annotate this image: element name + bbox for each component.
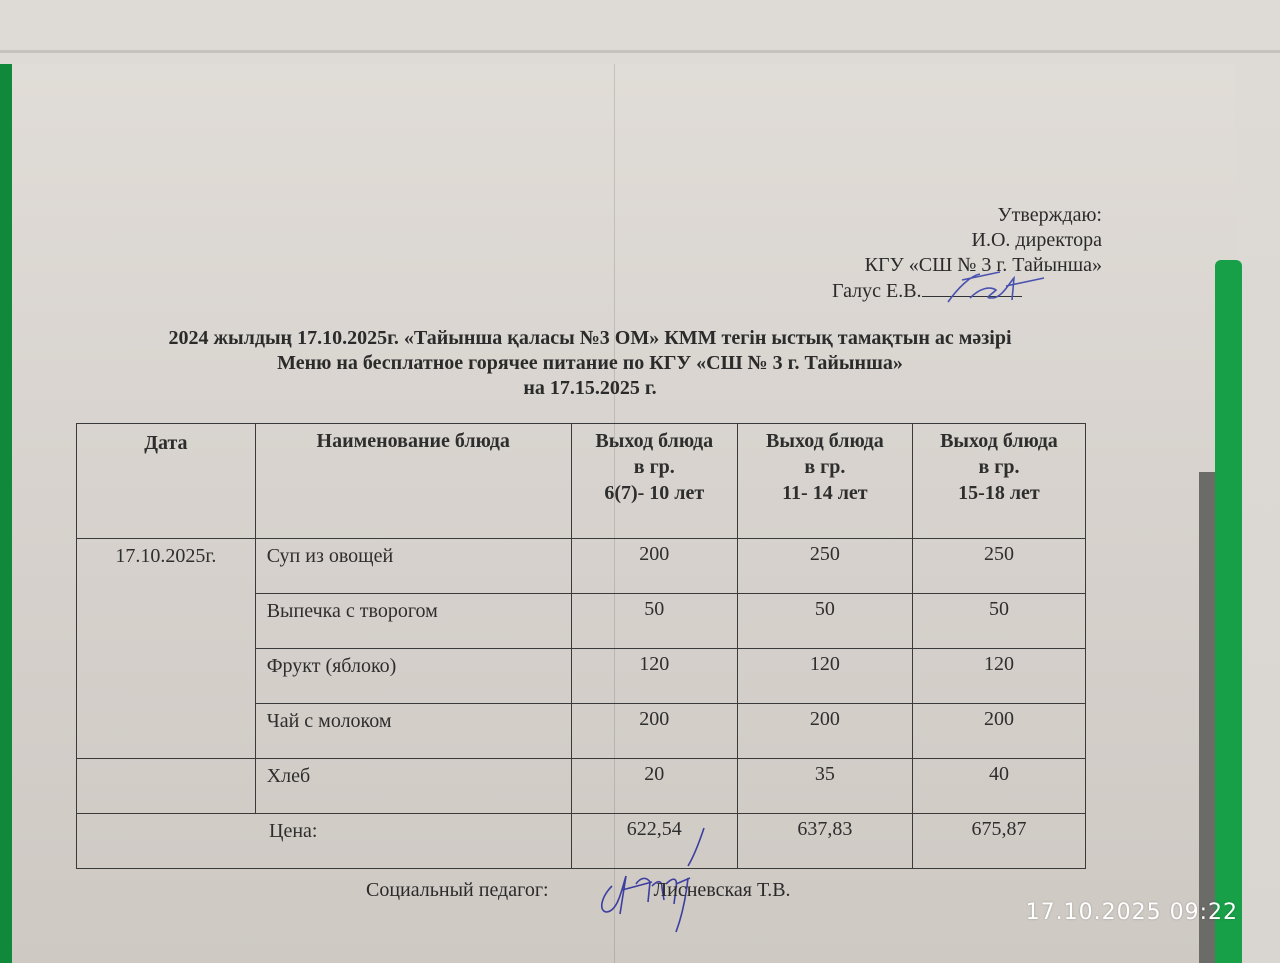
pedagogue-name: Лисневская Т.В. [654,879,791,901]
menu-table: Дата Наименование блюда Выход блюда в гр… [76,423,1086,869]
green-frame-right [1215,260,1242,963]
title-date: на 17.15.2025 г. [80,376,1100,401]
empty-date-cell [77,759,256,814]
table-row: 17.10.2025г. Суп из овощей 200 250 250 [77,539,1086,594]
dish-name: Выпечка с творогом [255,594,571,649]
portion-group-1: 20 [571,759,737,814]
pedagogue-role: Социальный педагог: [366,879,549,901]
portion-group-3: 250 [912,539,1085,594]
portion-group-3: 120 [912,649,1085,704]
portion-group-3: 40 [912,759,1085,814]
portion-group-1: 200 [571,539,737,594]
table-row: Хлеб 20 35 40 [77,759,1086,814]
header-group-2: Выход блюда в гр. 11- 14 лет [737,424,912,539]
header-group-1: Выход блюда в гр. 6(7)- 10 лет [571,424,737,539]
table-header-row: Дата Наименование блюда Выход блюда в гр… [77,424,1086,539]
price-group-3: 675,87 [912,814,1085,869]
director-signature-icon [940,268,1050,308]
wall-ledge [0,50,1280,53]
signature-footer: Социальный педагог: Лисневская Т.В. [366,876,791,902]
director-name: Галус Е.В. [832,280,922,302]
dish-name: Фрукт (яблоко) [255,649,571,704]
header-group-3: Выход блюда в гр. 15-18 лет [912,424,1085,539]
dish-name: Чай с молоком [255,704,571,759]
header-dish: Наименование блюда [255,424,571,539]
portion-group-3: 50 [912,594,1085,649]
portion-group-1: 200 [571,704,737,759]
portion-group-2: 250 [737,539,912,594]
green-frame-left [0,64,12,963]
menu-titles: 2024 жылдың 17.10.2025г. «Тайынша қаласы… [80,326,1100,401]
dish-name: Хлеб [255,759,571,814]
approval-line-2: И.О. директора [832,228,1102,253]
header-date: Дата [77,424,256,539]
menu-date: 17.10.2025г. [77,539,256,759]
portion-group-1: 120 [571,649,737,704]
portion-group-2: 200 [737,704,912,759]
dish-name: Суп из овощей [255,539,571,594]
portion-group-2: 35 [737,759,912,814]
title-russian: Меню на бесплатное горячее питание по КГ… [80,351,1100,376]
portion-group-2: 120 [737,649,912,704]
photo-timestamp: 17.10.2025 09:22 [1026,900,1238,925]
price-group-2: 637,83 [737,814,912,869]
portion-group-3: 200 [912,704,1085,759]
price-row: Цена: 622,54 637,83 675,87 [77,814,1086,869]
title-kazakh: 2024 жылдың 17.10.2025г. «Тайынша қаласы… [80,326,1100,351]
portion-group-2: 50 [737,594,912,649]
portion-group-1: 50 [571,594,737,649]
approval-line-1: Утверждаю: [832,203,1102,228]
price-label: Цена: [77,814,572,869]
